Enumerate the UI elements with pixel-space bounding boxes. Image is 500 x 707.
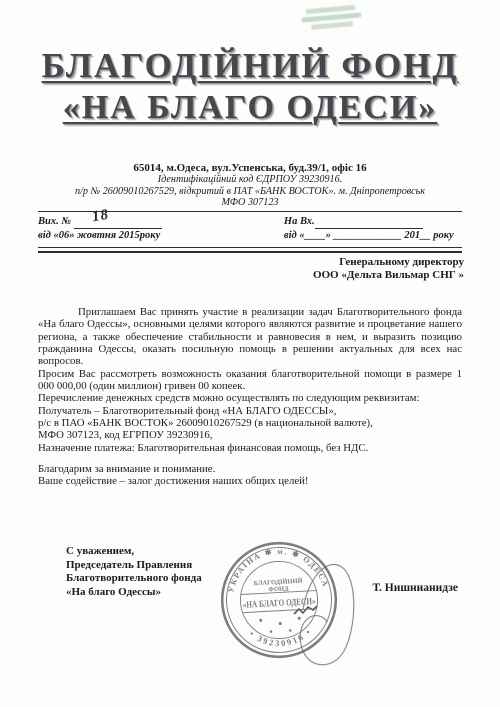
outgoing-number-label: Вих. № — [38, 216, 71, 227]
double-rule — [38, 247, 462, 253]
outgoing-number-line: 18 — [74, 217, 162, 229]
requisites-line: Получатель – Благотворительный фонд «НА … — [38, 405, 462, 417]
letter-page: БЛАГОДІЙНИЙ ФОНД «НА БЛАГО ОДЕСИ» 65014,… — [0, 0, 500, 707]
incoming-number-cell: На Вх. — [284, 215, 462, 229]
requisites-line: МФО 307123, код ЕГРПОУ 39230916, — [38, 429, 462, 441]
recipient-company: ООО «Дельта Вильмар СНГ » — [313, 269, 464, 282]
recipient-position: Генеральному директору — [313, 256, 464, 269]
closing-line-2: Ваше содействие – залог достижения наших… — [38, 475, 462, 487]
reference-table: Вих. № 18 На Вх. від «06» жовтня 2015рок… — [38, 211, 462, 253]
reference-row-2: від «06» жовтня 2015року від «____» ____… — [38, 229, 462, 243]
signature-block: С уважением, Председатель Правления Благ… — [66, 545, 202, 599]
body-paragraph-2: Просим Вас рассмотреть возможность оказа… — [38, 368, 462, 393]
letter-body: Приглашаем Вас принять участие в реализа… — [38, 306, 462, 488]
address-account: п/р № 26009010267529, відкритий в ПАТ «Б… — [0, 186, 500, 197]
recipient-block: Генеральному директору ООО «Дельта Вильм… — [313, 256, 464, 282]
requisites-line: р/с в ПАО «БАНК ВОСТОК» 26009010267529 (… — [38, 417, 462, 429]
faint-arrival-stamp — [296, 1, 367, 47]
signature-position-1: Председатель Правления — [66, 559, 202, 573]
stamp-inner-line2: ФОНД — [268, 585, 289, 593]
closing-line-1: Благодарим за внимание и понимание. — [38, 463, 462, 475]
letterhead-title-line1: БЛАГОДІЙНИЙ ФОНД — [42, 46, 459, 86]
stamp-smudge-line — [311, 21, 353, 30]
signature-salutation: С уважением, — [66, 545, 202, 559]
body-paragraph-1: Приглашаем Вас принять участие в реализа… — [38, 306, 462, 368]
outgoing-date-cell: від «06» жовтня 2015року — [38, 229, 284, 243]
outgoing-number-cell: Вих. № 18 — [38, 215, 284, 229]
incoming-date-cell: від «____» _____________ 201__ року — [284, 229, 462, 243]
signature-position-3: «На благо Одессы» — [66, 586, 202, 600]
letterhead-title-line2: «НА БЛАГО ОДЕСИ» — [63, 88, 438, 128]
letterhead-title: БЛАГОДІЙНИЙ ФОНД «НА БЛАГО ОДЕСИ» — [0, 46, 500, 128]
outgoing-number-handwritten: 18 — [90, 208, 109, 225]
round-stamp-graphic: УКРАЇНА ✱ м. ✱ ОДЕСА • 39230916 • БЛАГОД… — [216, 536, 342, 664]
round-stamp: УКРАЇНА ✱ м. ✱ ОДЕСА • 39230916 • БЛАГОД… — [216, 536, 342, 664]
reference-row-1: Вих. № 18 На Вх. — [38, 215, 462, 229]
incoming-number-line — [315, 217, 423, 229]
address-mfo: МФО 307123 — [0, 197, 500, 208]
incoming-number-label: На Вх. — [284, 216, 315, 227]
address-edrpou: Ідентифікаційний код ЄДРПОУ 39230916. — [0, 174, 500, 185]
stamp-banner-text: «НА БЛАГО ОДЕСИ» — [243, 597, 317, 611]
requisites-line: Назначение платежа: Благотворительная фи… — [38, 442, 462, 454]
letterhead-address: 65014, м.Одеса, вул.Успенська, буд.39/1,… — [0, 163, 500, 209]
address-street: 65014, м.Одеса, вул.Успенська, буд.39/1,… — [0, 163, 500, 174]
requisites-line: Перечисление денежных средств можно осущ… — [38, 392, 462, 404]
signature-position-2: Благотворительного фонда — [66, 572, 202, 586]
